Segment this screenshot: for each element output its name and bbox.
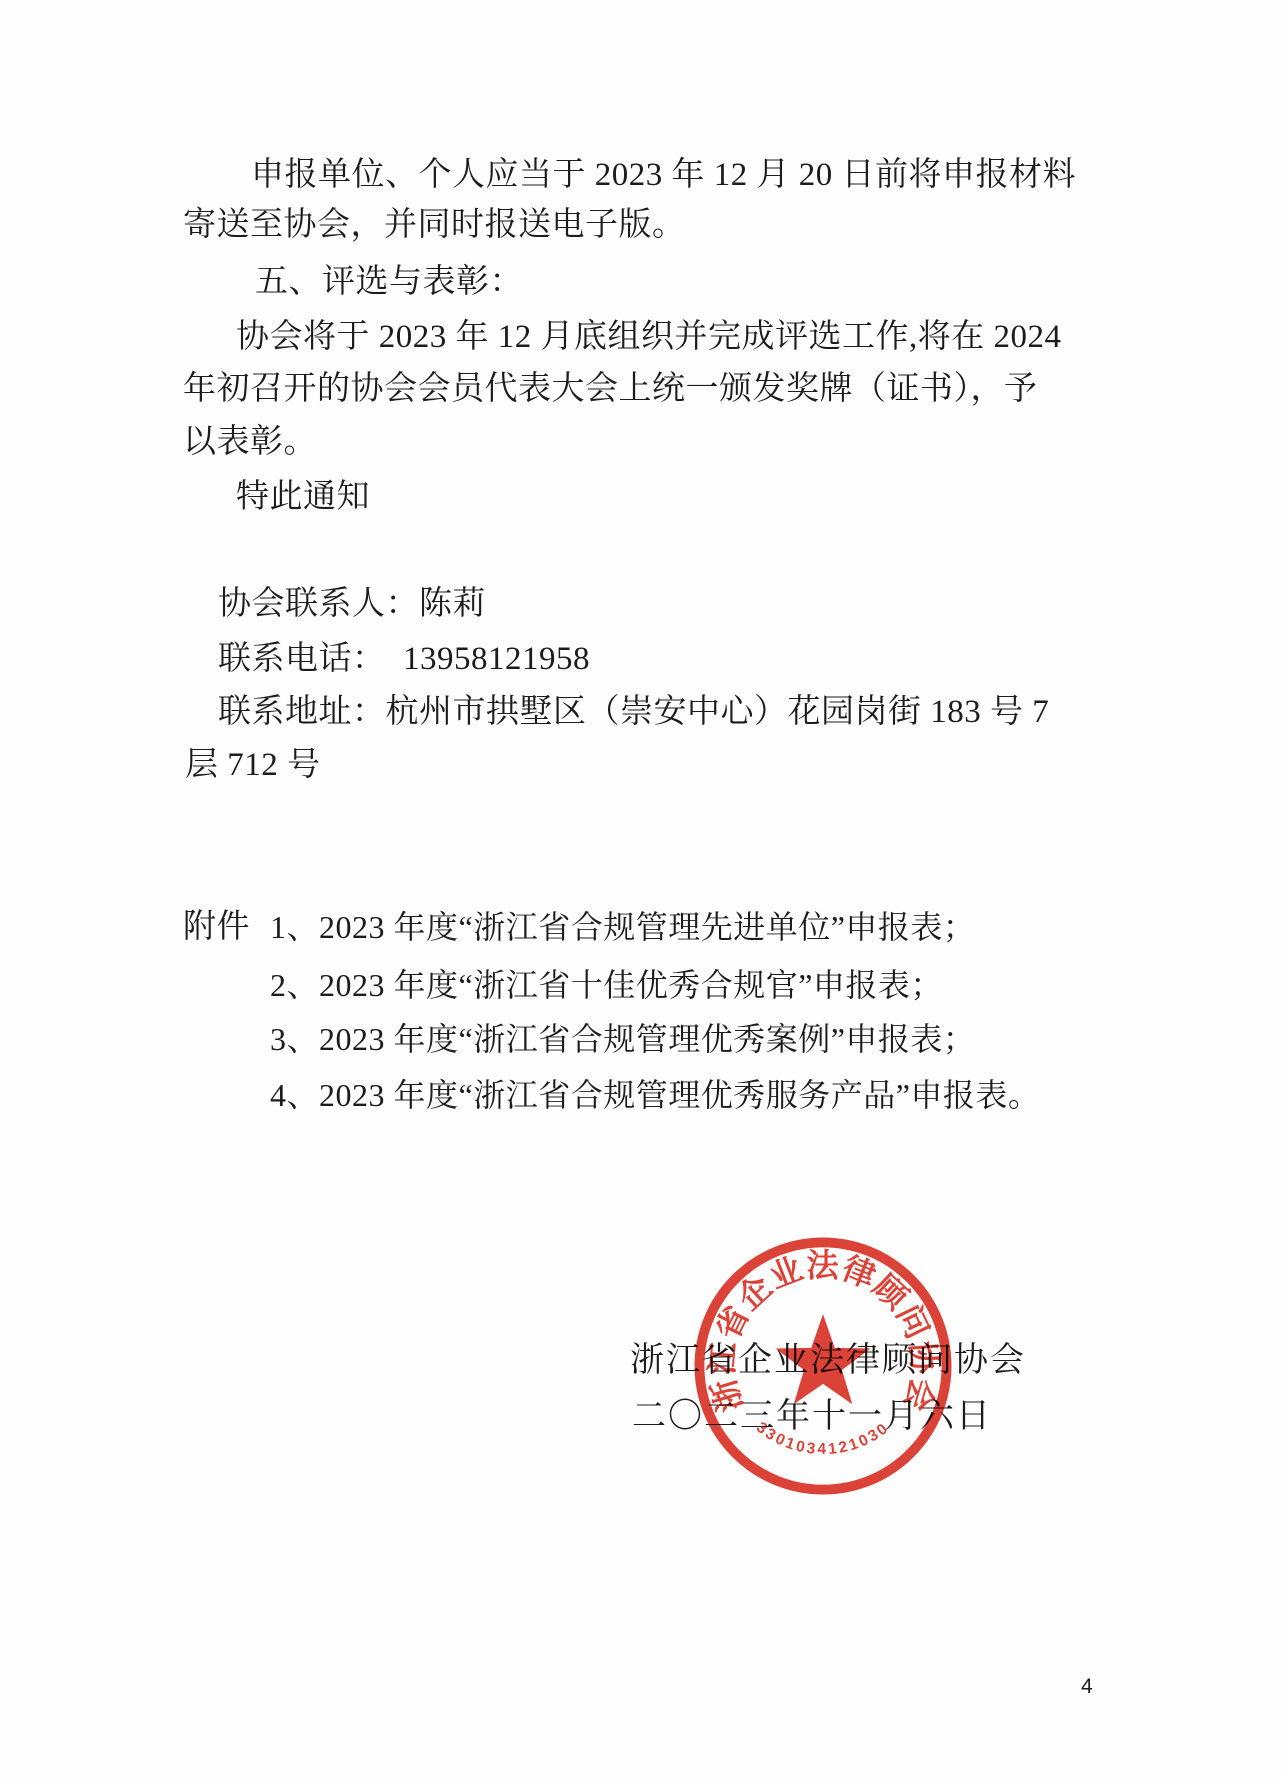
body-line-para2-2: 年初召开的协会会员代表大会上统一颁发奖牌（证书），予	[183, 373, 1038, 406]
contact-address-line1: 联系地址：杭州市拱墅区（崇安中心）花园岗街 183 号 7	[218, 696, 1049, 729]
attachment-item: 4、2023 年度“浙江省合规管理优秀服务产品”申报表。	[270, 1079, 1040, 1111]
attachment-item: 3、2023 年度“浙江省合规管理优秀案例”申报表；	[270, 1023, 975, 1055]
notice-line: 特此通知	[236, 481, 370, 514]
body-line-para2-3: 以表彰。	[183, 426, 317, 459]
signature-org: 浙江省企业法律顾问协会	[630, 1344, 1026, 1378]
page-number: 4	[1081, 1676, 1093, 1697]
body-line-para2-1: 协会将于 2023 年 12 月底组织并完成评选工作,将在 2024	[236, 321, 1062, 354]
attachment-item: 2、2023 年度“浙江省十佳优秀合规官”申报表；	[270, 969, 943, 1001]
contact-phone: 联系电话： 13958121958	[218, 643, 590, 676]
section-heading: 五、评选与表彰：	[255, 266, 523, 299]
seal-arc-text: 浙江省企业法律顾问协会	[704, 1248, 943, 1416]
contact-person: 协会联系人：陈莉	[218, 588, 486, 621]
attachments-label: 附件	[183, 911, 250, 944]
body-line-para1-1: 申报单位、个人应当于 2023 年 12 月 20 日前将申报材料	[251, 159, 1076, 192]
attachment-item: 1、2023 年度“浙江省合规管理先进单位”申报表；	[270, 911, 975, 943]
body-line-para1-2: 寄送至协会，并同时报送电子版。	[183, 209, 686, 242]
contact-address-line2: 层 712 号	[185, 749, 321, 782]
seal-arc-text-container: 浙江省企业法律顾问协会	[704, 1248, 943, 1416]
signature-date: 二〇二三年十一月六日	[632, 1400, 992, 1434]
document-page: 申报单位、个人应当于 2023 年 12 月 20 日前将申报材料 寄送至协会，…	[0, 0, 1284, 1782]
